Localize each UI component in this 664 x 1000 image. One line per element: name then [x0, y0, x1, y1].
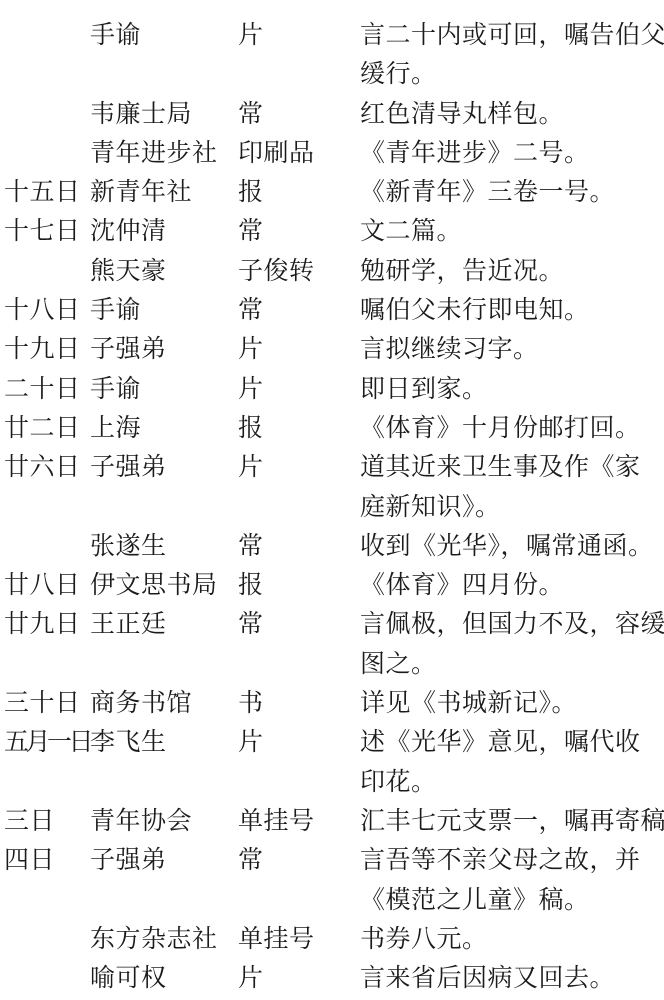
description-cell: 收到《光华》，嘱常通函。 — [360, 527, 664, 566]
date-cell: 五月一日 — [4, 723, 90, 762]
sender-cell: 子强弟 — [90, 448, 238, 487]
sender-cell: 青年进步社 — [90, 134, 238, 173]
table-row: 十五日 新青年社 报 《新青年》三卷一号。 — [4, 173, 664, 212]
date-cell: 四日 — [4, 841, 90, 880]
sender-cell: 东方杂志社 — [90, 920, 238, 959]
table-row: 四日 子强弟 常 言吾等不亲父母之故，并 《模范之儿童》稿。 — [4, 841, 664, 920]
table-row: 手谕 片 言二十内或可回，嘱告伯父 缓行。 — [4, 16, 664, 95]
description-cell: 文二篇。 — [360, 212, 664, 251]
type-cell: 常 — [238, 841, 360, 880]
sender-cell: 王正廷 — [90, 605, 238, 644]
description-cell: 汇丰七元支票一，嘱再寄稿。 — [360, 802, 664, 841]
type-cell: 报 — [238, 173, 360, 212]
type-cell: 子俊转 — [238, 252, 360, 291]
type-cell: 常 — [238, 95, 360, 134]
type-cell: 常 — [238, 291, 360, 330]
type-cell: 书 — [238, 684, 360, 723]
document-page: 手谕 片 言二十内或可回，嘱告伯父 缓行。 韦廉士局 常 红色清导丸样包。 青年… — [0, 0, 664, 1000]
table-row: 熊天豪 子俊转 勉研学，告近况。 — [4, 252, 664, 291]
table-row: 廿八日 伊文思书局 报 《体育》四月份。 — [4, 566, 664, 605]
sender-cell: 沈仲清 — [90, 212, 238, 251]
date-cell: 廿九日 — [4, 605, 90, 644]
type-cell: 常 — [238, 605, 360, 644]
description-cell: 《体育》四月份。 — [360, 566, 664, 605]
table-row: 五月一日 李飞生 片 述《光华》意见，嘱代收 印花。 — [4, 723, 664, 802]
table-row: 十八日 手谕 常 嘱伯父未行即电知。 — [4, 291, 664, 330]
description-cell: 勉研学，告近况。 — [360, 252, 664, 291]
date-cell: 廿二日 — [4, 409, 90, 448]
sender-cell: 伊文思书局 — [90, 566, 238, 605]
description-cell: 《青年进步》二号。 — [360, 134, 664, 173]
type-cell: 报 — [238, 566, 360, 605]
sender-cell: 子强弟 — [90, 841, 238, 880]
description-cell: 嘱伯父未行即电知。 — [360, 291, 664, 330]
correspondence-register: 手谕 片 言二十内或可回，嘱告伯父 缓行。 韦廉士局 常 红色清导丸样包。 青年… — [4, 16, 664, 998]
type-cell: 常 — [238, 527, 360, 566]
sender-cell: 新青年社 — [90, 173, 238, 212]
description-cell: 言来省后因病又回去。 — [360, 959, 664, 998]
sender-cell: 手谕 — [90, 291, 238, 330]
sender-cell: 张遂生 — [90, 527, 238, 566]
description-cell: 言佩极，但国力不及，容缓 图之。 — [360, 605, 664, 684]
description-cell: 言吾等不亲父母之故，并 《模范之儿童》稿。 — [360, 841, 664, 920]
description-cell: 详见《书城新记》。 — [360, 684, 664, 723]
description-cell: 《体育》十月份邮打回。 — [360, 409, 664, 448]
table-row: 二十日 手谕 片 即日到家。 — [4, 370, 664, 409]
table-row: 东方杂志社 单挂号 书券八元。 — [4, 920, 664, 959]
sender-cell: 上海 — [90, 409, 238, 448]
table-row: 喻可权 片 言来省后因病又回去。 — [4, 959, 664, 998]
type-cell: 片 — [238, 448, 360, 487]
date-cell: 十七日 — [4, 212, 90, 251]
sender-cell: 商务书馆 — [90, 684, 238, 723]
date-cell: 十五日 — [4, 173, 90, 212]
sender-cell: 熊天豪 — [90, 252, 238, 291]
sender-cell: 青年协会 — [90, 802, 238, 841]
table-row: 三日 青年协会 单挂号 汇丰七元支票一，嘱再寄稿。 — [4, 802, 664, 841]
description-cell: 即日到家。 — [360, 370, 664, 409]
date-cell: 二十日 — [4, 370, 90, 409]
date-cell: 廿六日 — [4, 448, 90, 487]
type-cell: 片 — [238, 723, 360, 762]
description-cell: 述《光华》意见，嘱代收 印花。 — [360, 723, 664, 802]
type-cell: 印刷品 — [238, 134, 360, 173]
sender-cell: 喻可权 — [90, 959, 238, 998]
table-row: 廿六日 子强弟 片 道其近来卫生事及作《家 庭新知识》。 — [4, 448, 664, 527]
type-cell: 报 — [238, 409, 360, 448]
type-cell: 片 — [238, 959, 360, 998]
table-row: 十七日 沈仲清 常 文二篇。 — [4, 212, 664, 251]
type-cell: 片 — [238, 330, 360, 369]
sender-cell: 李飞生 — [90, 723, 238, 762]
type-cell: 常 — [238, 212, 360, 251]
description-cell: 红色清导丸样包。 — [360, 95, 664, 134]
description-cell: 《新青年》三卷一号。 — [360, 173, 664, 212]
date-cell: 三十日 — [4, 684, 90, 723]
description-cell: 言拟继续习字。 — [360, 330, 664, 369]
sender-cell: 韦廉士局 — [90, 95, 238, 134]
type-cell: 片 — [238, 370, 360, 409]
table-row: 廿二日 上海 报 《体育》十月份邮打回。 — [4, 409, 664, 448]
table-row: 张遂生 常 收到《光华》，嘱常通函。 — [4, 527, 664, 566]
sender-cell: 手谕 — [90, 16, 238, 55]
table-row: 十九日 子强弟 片 言拟继续习字。 — [4, 330, 664, 369]
table-row: 廿九日 王正廷 常 言佩极，但国力不及，容缓 图之。 — [4, 605, 664, 684]
date-cell: 十八日 — [4, 291, 90, 330]
date-cell: 十九日 — [4, 330, 90, 369]
table-row: 青年进步社 印刷品 《青年进步》二号。 — [4, 134, 664, 173]
sender-cell: 手谕 — [90, 370, 238, 409]
type-cell: 片 — [238, 16, 360, 55]
description-cell: 书券八元。 — [360, 920, 664, 959]
sender-cell: 子强弟 — [90, 330, 238, 369]
table-row: 三十日 商务书馆 书 详见《书城新记》。 — [4, 684, 664, 723]
type-cell: 单挂号 — [238, 802, 360, 841]
type-cell: 单挂号 — [238, 920, 360, 959]
description-cell: 道其近来卫生事及作《家 庭新知识》。 — [360, 448, 664, 527]
date-cell: 廿八日 — [4, 566, 90, 605]
date-cell: 三日 — [4, 802, 90, 841]
description-cell: 言二十内或可回，嘱告伯父 缓行。 — [360, 16, 664, 95]
table-row: 韦廉士局 常 红色清导丸样包。 — [4, 95, 664, 134]
